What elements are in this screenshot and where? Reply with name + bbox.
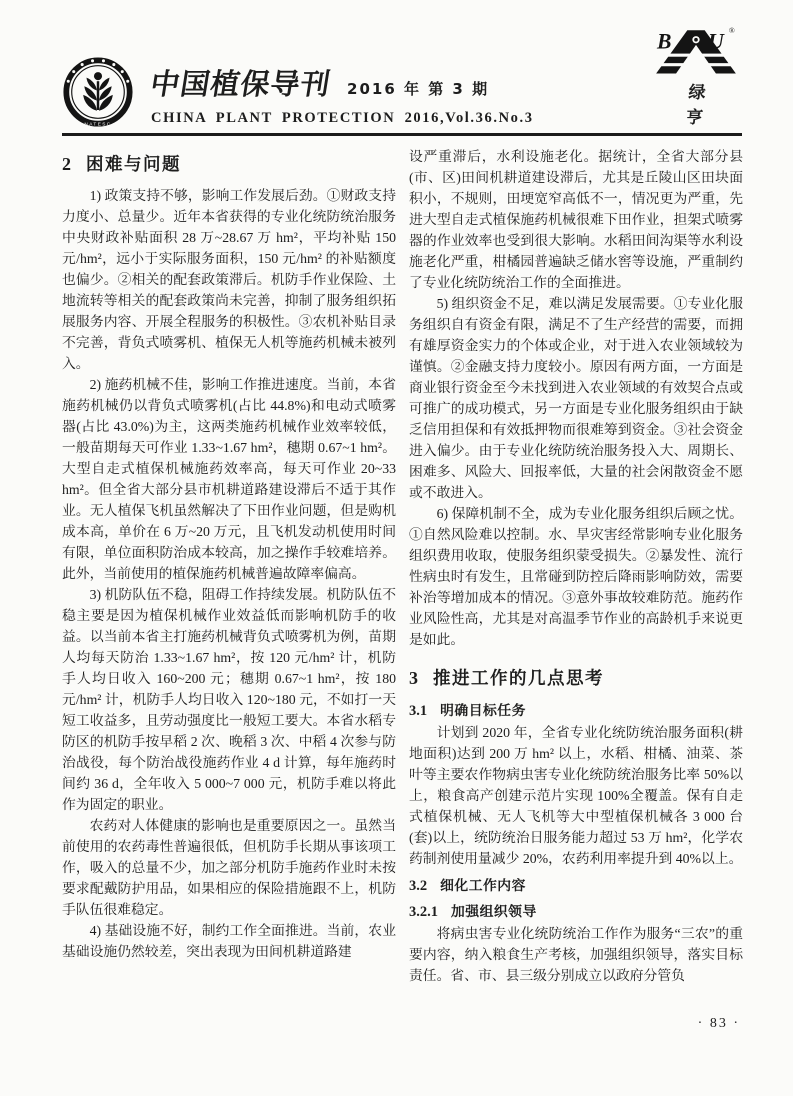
luheng-brand-logo: B U ® 绿 亨 bbox=[650, 25, 742, 128]
paragraph: 6) 保障机制不全，成为专业化服务组织后顾之忧。①自然风险难以控制。水、旱灾害经… bbox=[409, 503, 743, 650]
section-number: 3 bbox=[409, 668, 418, 689]
paragraph: 1) 政策支持不够，影响工作发展后劲。①财政支持力度小、总量少。近年本省获得的专… bbox=[62, 185, 396, 374]
section-title: 困难与问题 bbox=[86, 151, 181, 176]
section-2-heading: 2 困难与问题 bbox=[62, 151, 396, 176]
section-number: 2 bbox=[62, 154, 71, 175]
section-title: 加强组织领导 bbox=[451, 900, 537, 920]
header-divider bbox=[62, 133, 742, 136]
registered-mark: ® bbox=[729, 26, 735, 35]
monogram-letter-b: B bbox=[656, 29, 671, 53]
paragraph: 计划到 2020 年，全省专业化统防统治服务面积(耕地面积)达到 200 万 h… bbox=[409, 722, 743, 869]
section-3-1-heading: 3.1 明确目标任务 bbox=[409, 699, 743, 720]
paragraph: 农药对人体健康的影响也是重要原因之一。虽然当前使用的农药毒性普遍很低，但机防手长… bbox=[62, 815, 396, 920]
section-title: 细化工作内容 bbox=[440, 874, 526, 894]
paragraph: 2) 施药机械不佳，影响工作推进速度。当前，本省施药机械仍以背负式喷雾机(占比 … bbox=[62, 374, 396, 584]
paragraph: 将病虫害专业化统防统治工作作为服务“三农”的重要内容，纳入粮食生产考核，加强组织… bbox=[409, 923, 743, 986]
section-number: 3.1 bbox=[409, 703, 427, 720]
left-column: 2 困难与问题 1) 政策支持不够，影响工作发展后劲。①财政支持力度小、总量少。… bbox=[62, 146, 396, 986]
section-title: 明确目标任务 bbox=[440, 699, 526, 719]
natesc-emblem-icon: NATESC bbox=[62, 56, 134, 128]
journal-header: NATESC 中国植保导刊 2016 年 第 3 期 CHIN bbox=[62, 52, 742, 128]
monogram-letter-u: U bbox=[708, 29, 725, 53]
paragraph: 5) 组织资金不足，难以满足发展需要。①专业化服务组织自有资金有限，满足不了生产… bbox=[409, 293, 743, 503]
journal-title-zh: 中国植保导刊 bbox=[148, 62, 335, 103]
page-number: · 83 · bbox=[698, 1016, 740, 1032]
journal-page: NATESC 中国植保导刊 2016 年 第 3 期 CHIN bbox=[0, 0, 793, 1096]
article-body: 2 困难与问题 1) 政策支持不够，影响工作发展后劲。①财政支持力度小、总量少。… bbox=[62, 146, 742, 986]
section-title: 推进工作的几点思考 bbox=[433, 665, 604, 690]
section-3-2-1-heading: 3.2.1 加强组织领导 bbox=[409, 900, 743, 921]
paragraph: 4) 基础设施不好，制约工作全面推进。当前，农业基础设施仍然较差，突出表现为田间… bbox=[62, 920, 396, 962]
section-3-2-heading: 3.2 细化工作内容 bbox=[409, 874, 743, 895]
wheat-icon bbox=[83, 72, 113, 111]
brand-name-zh: 绿 亨 bbox=[647, 78, 744, 128]
journal-title-en: CHINA PLANT PROTECTION 2016,Vol.36.No.3 bbox=[151, 110, 650, 127]
journal-titles: 中国植保导刊 2016 年 第 3 期 CHINA PLANT PROTECTI… bbox=[151, 62, 650, 128]
section-number: 3.2.1 bbox=[409, 904, 438, 921]
journal-issue: 2016 年 第 3 期 bbox=[347, 78, 489, 99]
paragraph-continuation: 设严重滞后，水利设施老化。据统计，全省大部分县(市、区)田间机耕道建设滞后，尤其… bbox=[409, 146, 743, 293]
right-column: 设严重滞后，水利设施老化。据统计，全省大部分县(市、区)田间机耕道建设滞后，尤其… bbox=[409, 146, 743, 986]
section-number: 3.2 bbox=[409, 878, 427, 895]
section-3-heading: 3 推进工作的几点思考 bbox=[409, 665, 743, 690]
paragraph: 3) 机防队伍不稳，阻碍工作持续发展。机防队伍不稳主要是因为植保机械作业效益低而… bbox=[62, 584, 396, 815]
emblem-bottom-text: NATESC bbox=[84, 121, 111, 126]
luheng-monogram-icon: B U ® bbox=[654, 25, 738, 77]
